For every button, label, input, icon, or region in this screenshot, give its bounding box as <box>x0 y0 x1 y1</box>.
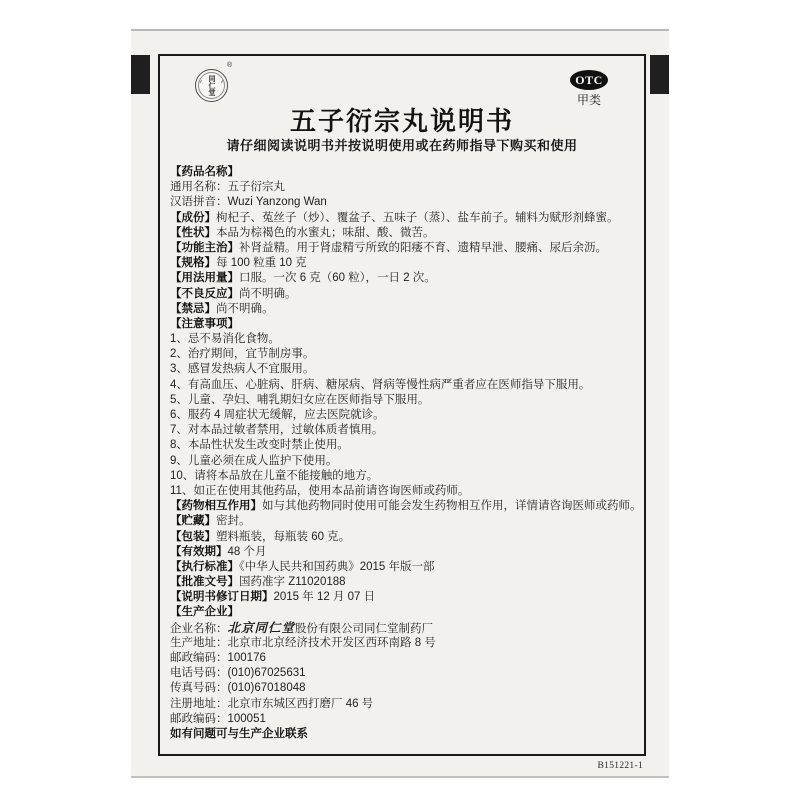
body-line: 【生产企业】 <box>170 605 642 620</box>
body-line: 9、儿童必须在成人监护下使用。 <box>170 454 642 469</box>
section-label: 【规格】 <box>170 257 216 269</box>
leaflet-photo: 同仁堂 ⸙ ⸙ ® OTC 甲类 五子衍宗丸说明书 请仔细阅读说明书并按说明使用… <box>131 29 669 778</box>
section-label: 【注意事项】 <box>170 318 239 330</box>
body-line: 【成份】枸杞子、菟丝子（炒）、覆盆子、五味子（蒸）、盐车前子。辅料为赋形剂蜂蜜。 <box>170 211 642 226</box>
seal-characters: 同仁堂 <box>208 75 215 96</box>
body-line: 【不良反应】尚不明确。 <box>170 287 642 302</box>
section-label: 【说明书修订日期】 <box>170 591 274 603</box>
seal-inner-ring: 同仁堂 <box>198 72 225 99</box>
body-line: 【用法用量】口服。一次 6 克（60 粒），一日 2 次。 <box>170 271 642 286</box>
section-label: 【贮藏】 <box>170 515 216 527</box>
section-label: 【有效期】 <box>170 546 228 558</box>
page-background: 同仁堂 ⸙ ⸙ ® OTC 甲类 五子衍宗丸说明书 请仔细阅读说明书并按说明使用… <box>0 0 800 800</box>
body-line: 如有问题可与生产企业联系 <box>170 727 642 742</box>
section-label: 【成份】 <box>170 212 216 224</box>
section-label: 【药品名称】 <box>170 166 239 178</box>
body-line: 注册地址：北京市东城区西打磨厂 46 号 <box>170 697 642 712</box>
body-line: 7、对本品过敏者禁用，过敏体质者慎用。 <box>170 423 642 438</box>
manufacturer-brand-script: 北京同仁堂 <box>228 621 296 635</box>
section-label: 【生产企业】 <box>170 606 239 618</box>
body-line: 2、治疗期间，宜节制房事。 <box>170 347 642 362</box>
body-line: 【说明书修订日期】2015 年 12 月 07 日 <box>170 590 642 605</box>
body-line: 【药物相互作用】如与其他药物同时使用可能会发生药物相互作用，详情请咨询医师或药师… <box>170 499 642 514</box>
body-line: 【性状】本品为棕褐色的水蜜丸；味甜、酸、微苦。 <box>170 226 642 241</box>
body-line: 【批准文号】国药准字 Z11020188 <box>170 575 642 590</box>
body-line: 【有效期】48 个月 <box>170 545 642 560</box>
body-line: 企业名称：北京同仁堂股份有限公司同仁堂制药厂 <box>170 621 642 636</box>
otc-badge: OTC <box>570 70 608 90</box>
body-line: 1、忌不易消化食物。 <box>170 332 642 347</box>
body-line: 4、有高血压、心脏病、肝病、糖尿病、肾病等慢性病严重者应在医师指导下服用。 <box>170 378 642 393</box>
otc-badge-label: OTC <box>575 73 603 88</box>
section-label: 【性状】 <box>170 227 216 239</box>
leaflet-body: 【药品名称】通用名称：五子衍宗丸汉语拼音：Wuzi Yanzong Wan【成份… <box>170 165 642 742</box>
section-label: 【批准文号】 <box>170 576 239 588</box>
backdrop-sliver-left <box>131 55 150 94</box>
registered-trademark-icon: ® <box>227 62 232 69</box>
body-line: 生产地址：北京市北京经济技术开发区西环南路 8 号 <box>170 636 642 651</box>
body-line: 5、儿童、孕妇、哺乳期妇女应在医师指导下服用。 <box>170 393 642 408</box>
section-label: 【用法用量】 <box>170 272 239 284</box>
body-line: 【药品名称】 <box>170 165 642 180</box>
body-line: 【执行标准】《中华人民共和国药典》2015 年版一部 <box>170 560 642 575</box>
body-line: 邮政编码：100051 <box>170 712 642 727</box>
body-line: 8、本品性状发生改变时禁止使用。 <box>170 438 642 453</box>
leaflet-subtitle: 请仔细阅读说明书并按说明使用或在药师指导下购买和使用 <box>158 135 646 154</box>
seal-left-figure-icon: ⸙ <box>199 80 203 85</box>
batch-code: B151221-1 <box>598 761 643 771</box>
section-label: 【执行标准】 <box>170 561 239 573</box>
body-line: 10、请将本品放在儿童不能接触的地方。 <box>170 469 642 484</box>
body-line: 【注意事项】 <box>170 317 642 332</box>
body-line: 传真号码：(010)67018048 <box>170 681 642 696</box>
body-line: 【规格】每 100 粒重 10 克 <box>170 256 642 271</box>
section-label: 【功能主治】 <box>170 242 239 254</box>
body-line: 6、服药 4 周症状无缓解，应去医院就诊。 <box>170 408 642 423</box>
tongrentang-seal-icon: 同仁堂 ⸙ ⸙ <box>195 69 228 102</box>
body-line: 邮政编码：100176 <box>170 651 642 666</box>
body-line: 【禁忌】尚不明确。 <box>170 302 642 317</box>
body-line: 3、感冒发热病人不宜服用。 <box>170 362 642 377</box>
backdrop-sliver-right <box>650 55 669 94</box>
body-line: 通用名称：五子衍宗丸 <box>170 180 642 195</box>
body-line: 汉语拼音：Wuzi Yanzong Wan <box>170 195 642 210</box>
body-line: 电话号码：(010)67025631 <box>170 666 642 681</box>
section-label: 【禁忌】 <box>170 303 216 315</box>
body-line: 11、如正在使用其他药品，使用本品前请咨询医师或药师。 <box>170 484 642 499</box>
body-line: 【包装】塑料瓶装，每瓶装 60 克。 <box>170 530 642 545</box>
seal-right-figure-icon: ⸙ <box>220 80 224 85</box>
section-label: 【不良反应】 <box>170 288 239 300</box>
body-line: 【功能主治】补肾益精。用于肾虚精亏所致的阳痿不育、遗精早泄、腰痛、尿后余沥。 <box>170 241 642 256</box>
body-line: 【贮藏】密封。 <box>170 514 642 529</box>
section-label: 【药物相互作用】 <box>170 500 262 512</box>
leaflet-title: 五子衍宗丸说明书 <box>158 101 646 138</box>
section-label: 【包装】 <box>170 531 216 543</box>
